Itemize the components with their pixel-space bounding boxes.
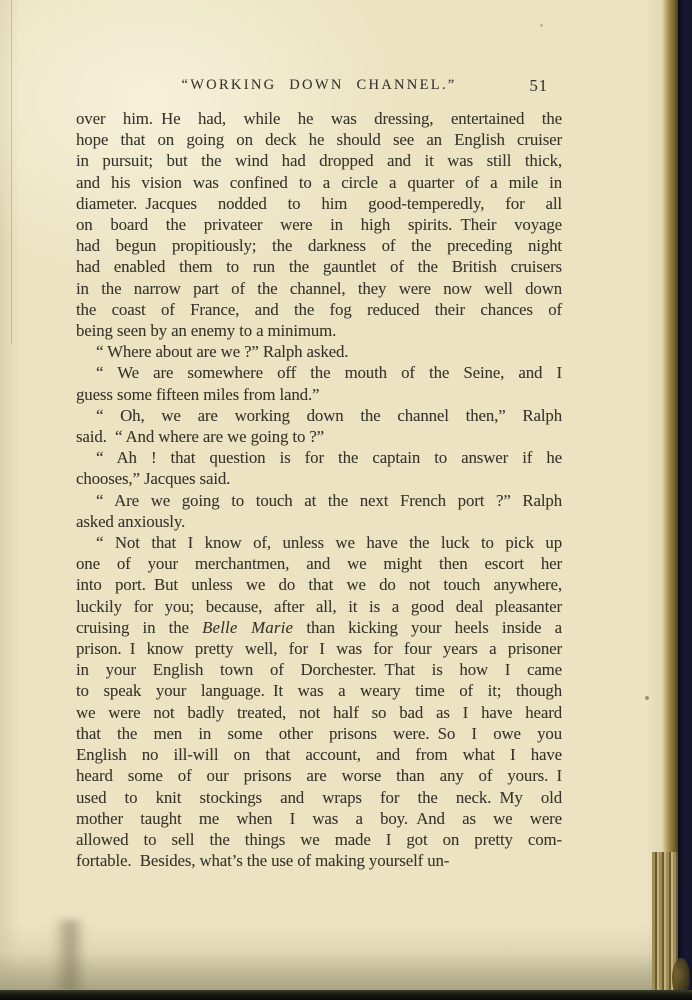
page-number: 51 [530,76,549,96]
text-line: “ Are we going to touch at the next Fren… [76,490,562,511]
paragraph: “ Are we going to touch at the next Fren… [76,490,562,532]
text-line: cruising in the Belle Marie than kicking… [76,617,562,638]
paragraph: “ We are somewhere off the mouth of the … [76,362,562,404]
text-line: “ Not that I know of, unless we have the… [76,532,562,553]
text-line: fortable. Besides, what’s the use of mak… [76,850,562,871]
page-crease [11,0,12,345]
text-line: asked anxiously. [76,511,562,532]
text-line: in the narrow part of the channel, they … [76,278,562,299]
paragraph: “ Where about are we ?” Ralph asked. [76,341,562,362]
running-header: “WORKING DOWN CHANNEL.” [76,77,562,94]
text-line: “ Ah ! that question is for the captain … [76,447,562,468]
text-line: over him. He had, while he was dressing,… [76,108,562,129]
text-line: “ Oh, we are working down the channel th… [76,405,562,426]
text-line: allowed to sell the things we made I got… [76,829,562,850]
text-line: on board the privateer were in high spir… [76,214,562,235]
text-line: prison. I know pretty well, for I was fo… [76,638,562,659]
text-line: English no ill-will on that account, and… [76,744,562,765]
text-line: that the men in some other prisons were.… [76,723,562,744]
paragraph: “ Not that I know of, unless we have the… [76,532,562,871]
text-line: being seen by an enemy to a minimum. [76,320,562,341]
text-line: had begun propitiously; the darkness of … [76,235,562,256]
paragraph: over him. He had, while he was dressing,… [76,108,562,341]
page-curl-shadow [52,920,86,992]
paper-speck [645,696,649,700]
page-text: over him. He had, while he was dressing,… [76,108,562,871]
page-header: “WORKING DOWN CHANNEL.” 51 [76,77,562,99]
text-line: heard some of our prisons are worse than… [76,765,562,786]
text-line: said. “ And where are we going to ?” [76,426,562,447]
paragraph: “ Oh, we are working down the channel th… [76,405,562,447]
text-line: guess some fifteen miles from land.” [76,384,562,405]
text-line: mother taught me when I was a boy. And a… [76,808,562,829]
text-line: chooses,” Jacques said. [76,468,562,489]
text-line: we were not badly treated, not half so b… [76,702,562,723]
page-bottom-fade [0,952,678,992]
text-line: luckily for you; because, after all, it … [76,596,562,617]
text-line: diameter. Jacques nodded to him good-tem… [76,193,562,214]
text-line: had enabled them to run the gauntlet of … [76,256,562,277]
book-cover-edge [678,0,692,1000]
text-line: “ We are somewhere off the mouth of the … [76,362,562,383]
text-line: “ Where about are we ?” Ralph asked. [76,341,562,362]
text-line: to speak your language. It was a weary t… [76,680,562,701]
paragraph: “ Ah ! that question is for the captain … [76,447,562,489]
book-scan-canvas: “WORKING DOWN CHANNEL.” 51 over him. He … [0,0,692,1000]
page-edge-gilt [662,0,679,992]
text-line: the coast of France, and the fog reduced… [76,299,562,320]
text-line: and his vision was confined to a circle … [76,172,562,193]
scan-bottom-shadow [0,990,692,1000]
text-line: one of your merchantmen, and we might th… [76,553,562,574]
paper-speck [540,24,543,27]
text-line: in pursuit; but the wind had dropped and… [76,150,562,171]
book-page: “WORKING DOWN CHANNEL.” 51 over him. He … [0,0,678,992]
text-line: into port. But unless we do that we do n… [76,574,562,595]
text-line: used to knit stockings and wraps for the… [76,787,562,808]
text-line: hope that on going on deck he should see… [76,129,562,150]
text-line: in your English town of Dorchester. That… [76,659,562,680]
